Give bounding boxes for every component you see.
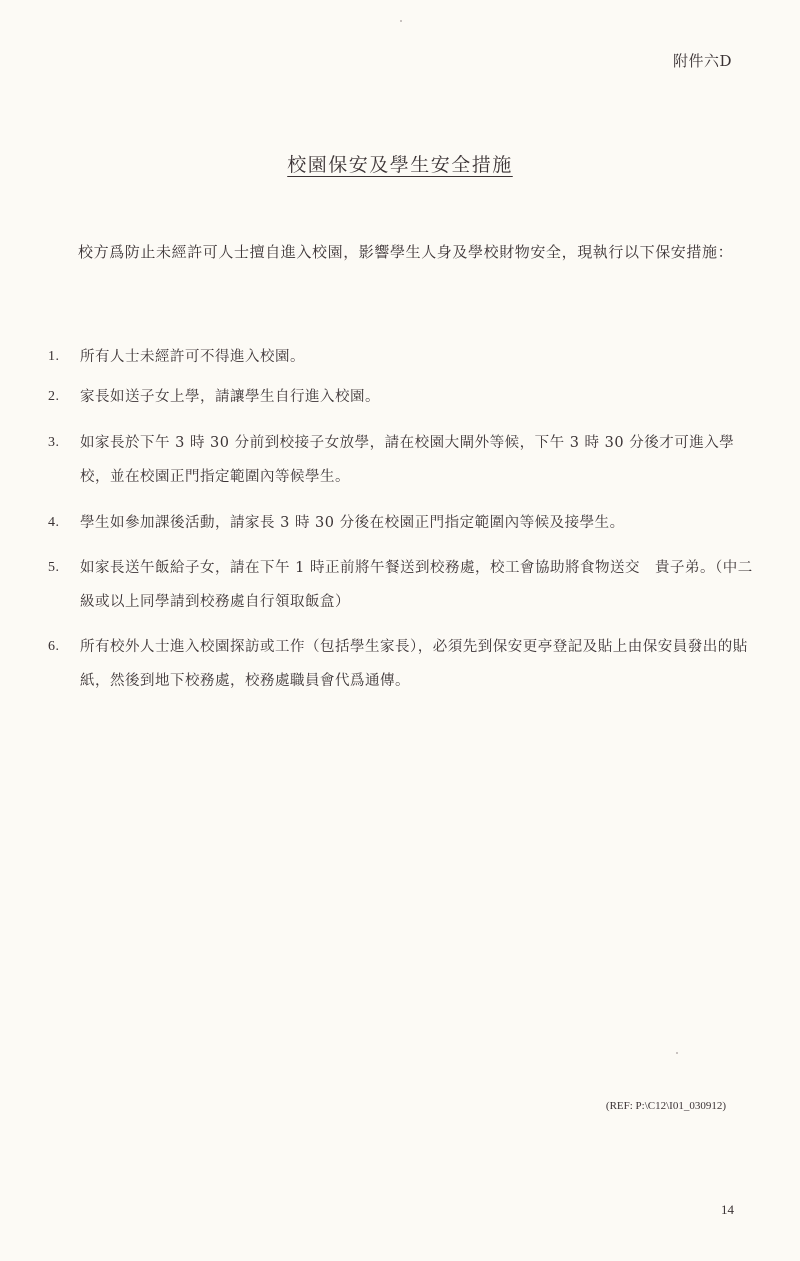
scan-speck bbox=[676, 1052, 678, 1054]
document-title-text: 校園保安及學生安全措施 bbox=[287, 154, 513, 176]
list-item-text: 學生如參加課後活動，請家長 3 時 30 分後在校園正門指定範圍內等候及接學生。 bbox=[80, 506, 625, 540]
list-item: 5. 如家長送午飯給子女，請在下午 1 時正前將午餐送到校務處，校工會協助將食物… bbox=[48, 551, 758, 619]
list-item: 3. 如家長於下午 3 時 30 分前到校接子女放學，請在校園大閘外等候，下午 … bbox=[48, 426, 758, 494]
list-item-number: 1. bbox=[48, 340, 60, 374]
list-item-number: 2. bbox=[48, 380, 60, 414]
document-page: 附件六D 校園保安及學生安全措施 校方爲防止未經許可人士擅自進入校園，影響學生人… bbox=[0, 0, 800, 1261]
list-item-number: 6. bbox=[48, 630, 60, 664]
reference-code: (REF: P:\C12\I01_030912) bbox=[606, 1100, 726, 1112]
list-item-text: 所有人士未經許可不得進入校園。 bbox=[80, 340, 305, 374]
list-item-text: 如家長於下午 3 時 30 分前到校接子女放學，請在校園大閘外等候，下午 3 時… bbox=[80, 426, 758, 494]
list-item: 2. 家長如送子女上學，請讓學生自行進入校園。 bbox=[48, 380, 380, 414]
document-title: 校園保安及學生安全措施 bbox=[0, 150, 800, 177]
scan-speck bbox=[400, 20, 402, 22]
list-item: 4. 學生如參加課後活動，請家長 3 時 30 分後在校園正門指定範圍內等候及接… bbox=[48, 506, 625, 540]
annex-label: 附件六D bbox=[673, 50, 732, 71]
list-item-text: 如家長送午飯給子女，請在下午 1 時正前將午餐送到校務處，校工會協助將食物送交 … bbox=[80, 551, 758, 619]
list-item-text: 所有校外人士進入校園探訪或工作（包括學生家長），必須先到保安更亭登記及貼上由保安… bbox=[80, 630, 758, 698]
list-item-number: 5. bbox=[48, 551, 60, 585]
list-item-number: 3. bbox=[48, 426, 60, 460]
list-item: 1. 所有人士未經許可不得進入校園。 bbox=[48, 340, 305, 374]
list-item-number: 4. bbox=[48, 506, 60, 540]
list-item: 6. 所有校外人士進入校園探訪或工作（包括學生家長），必須先到保安更亭登記及貼上… bbox=[48, 630, 758, 698]
list-item-text: 家長如送子女上學，請讓學生自行進入校園。 bbox=[80, 380, 380, 414]
page-number: 14 bbox=[721, 1202, 734, 1218]
intro-paragraph: 校方爲防止未經許可人士擅自進入校園，影響學生人身及學校財物安全，現執行以下保安措… bbox=[48, 234, 748, 270]
